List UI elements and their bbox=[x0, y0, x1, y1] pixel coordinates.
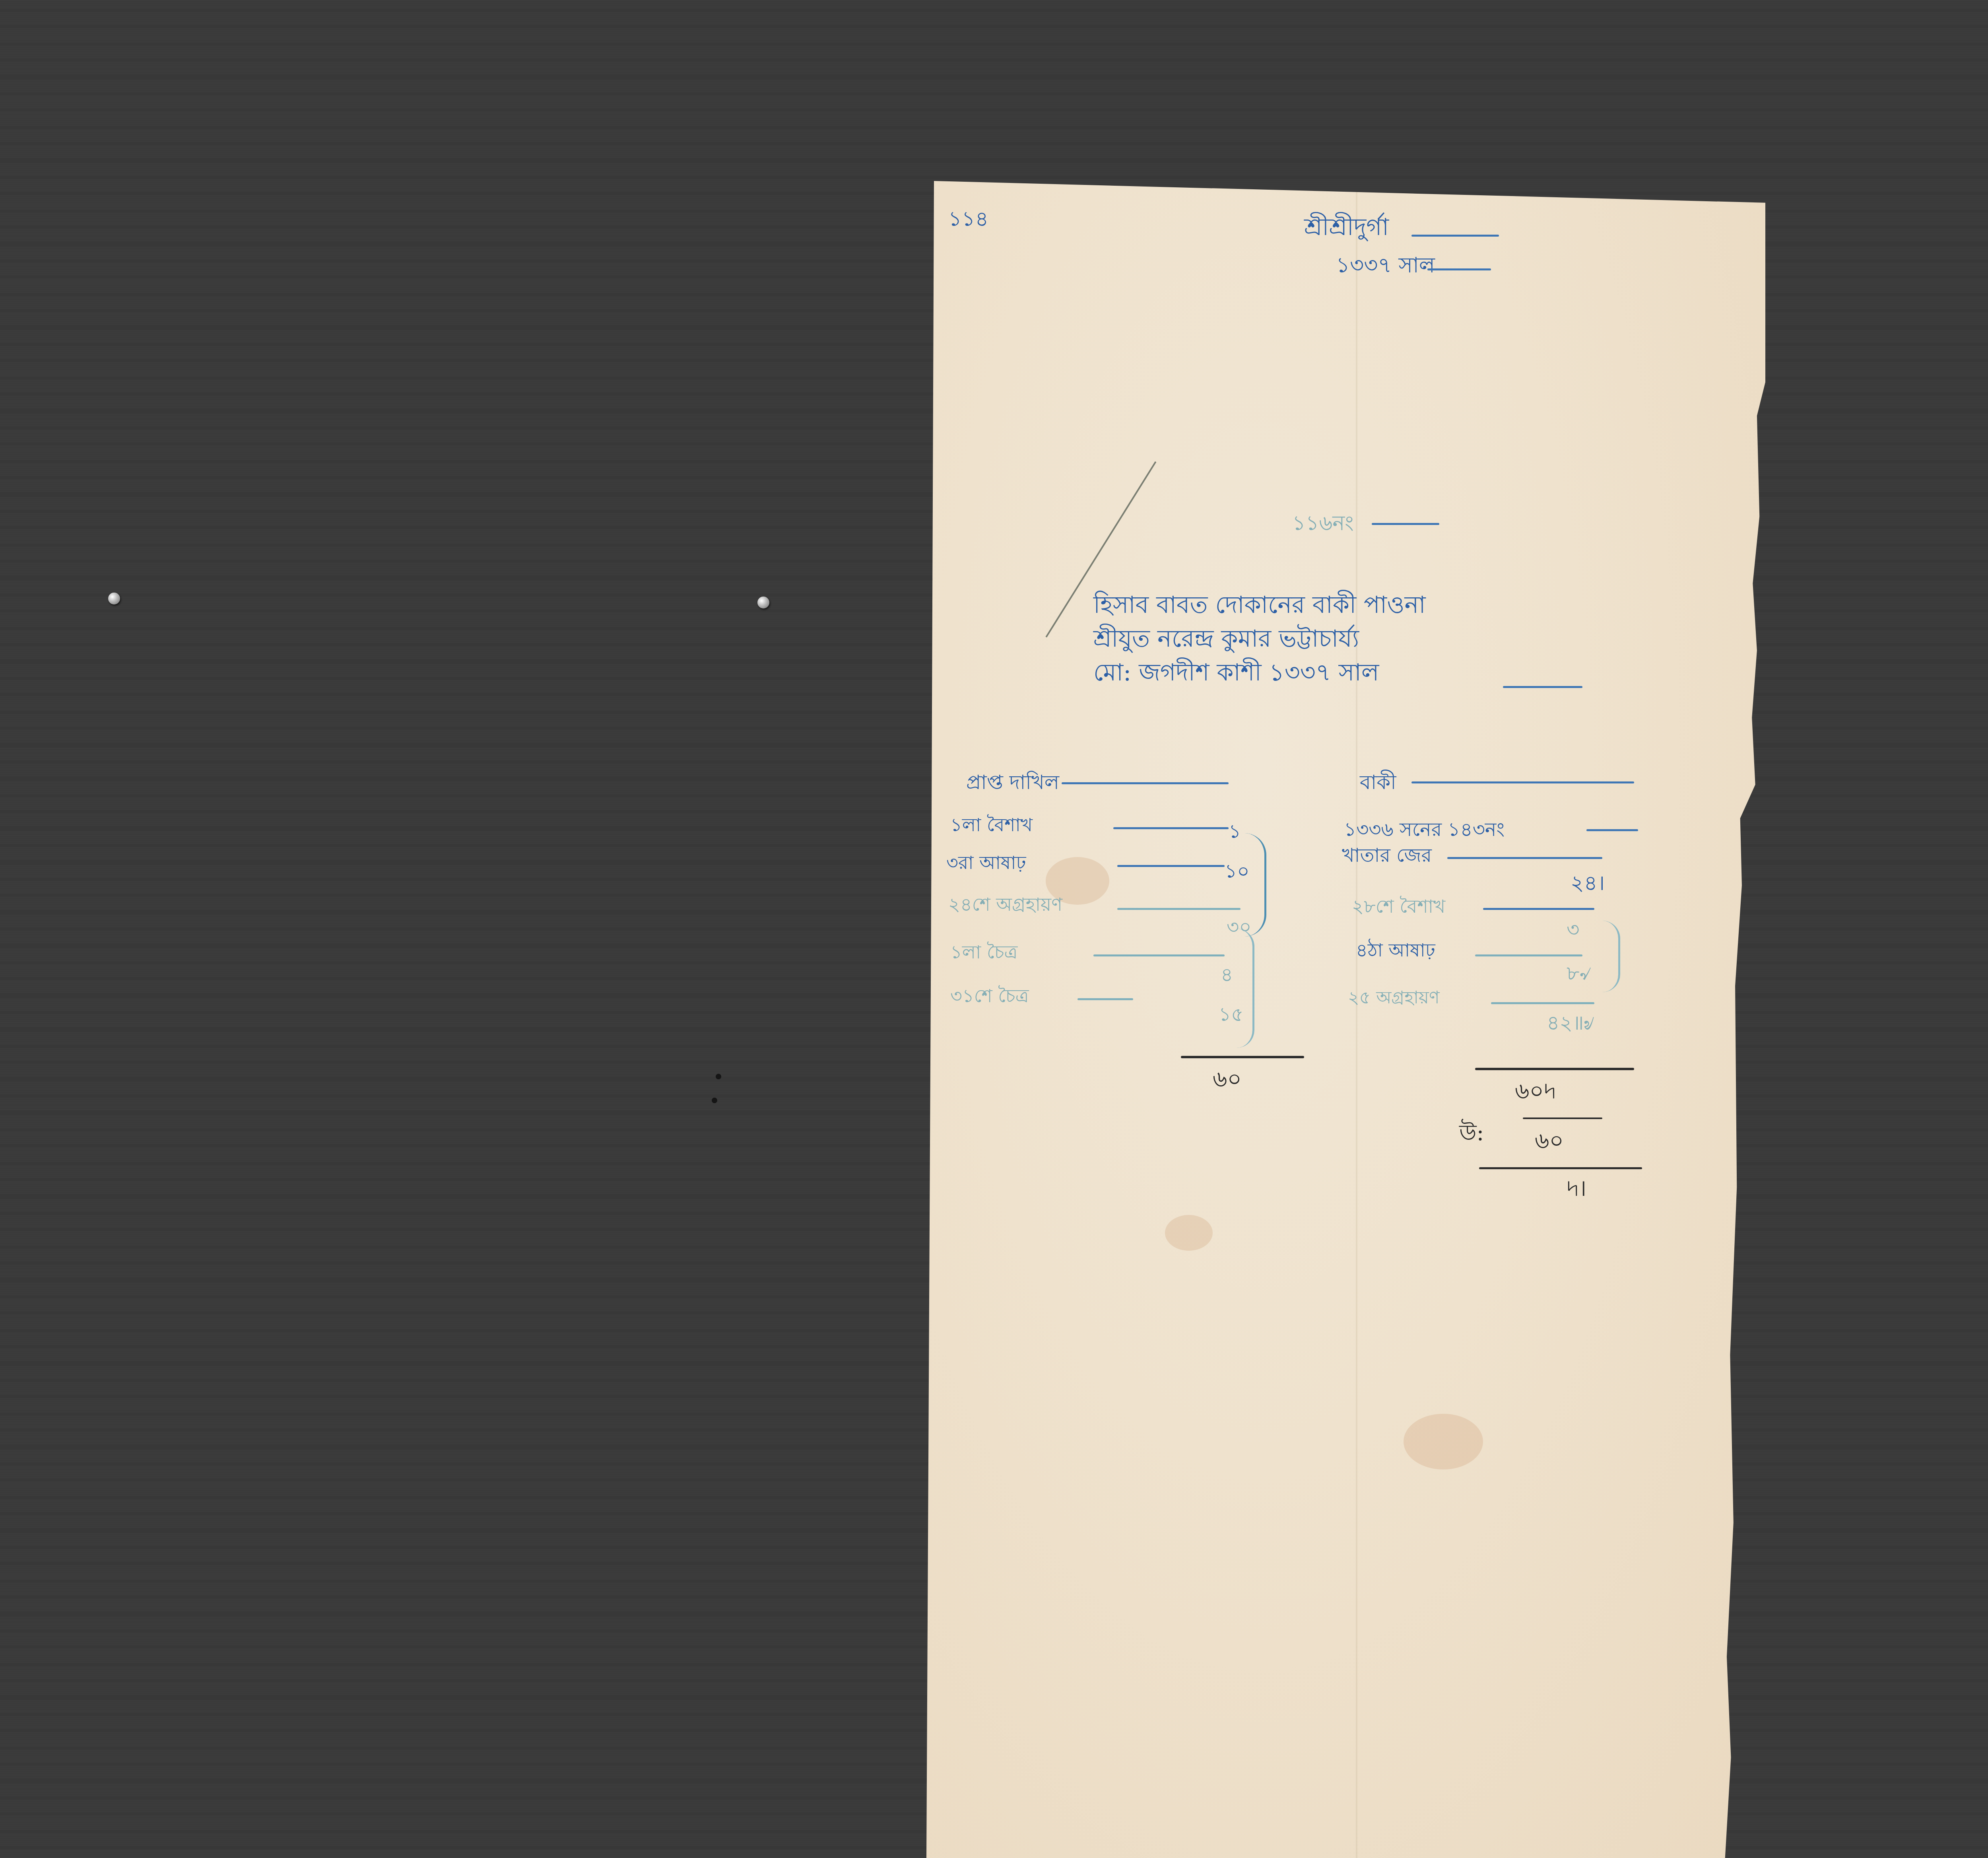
entry-leader bbox=[1483, 908, 1594, 910]
received-bracket bbox=[1244, 833, 1266, 937]
account-slip: ১১৪ শ্রীশ্রীদুর্গা ১৩৩৭ সাল ১১৬নং হিসাব … bbox=[926, 181, 1765, 1858]
due-date-4: ৪ঠা আষাঢ় bbox=[1356, 937, 1435, 967]
foxing-stain bbox=[1165, 1215, 1213, 1251]
entry-leader bbox=[1093, 954, 1225, 956]
pin-hole bbox=[716, 1074, 721, 1079]
received-bracket bbox=[1237, 929, 1254, 1048]
entry-leader bbox=[1117, 865, 1225, 867]
title-underline bbox=[1503, 686, 1582, 688]
year-header: ১৩৩৭ সাল bbox=[1336, 249, 1435, 284]
title-line-3: মো: জগদীশ কাশী ১৩৩৭ সাল bbox=[1093, 654, 1379, 694]
due-amount-3: ৩ bbox=[1567, 915, 1580, 948]
entry-leader bbox=[1447, 857, 1602, 859]
due-date-5: ২৫ অগ্রহায়ণ bbox=[1348, 984, 1440, 1013]
received-date-4: ১লা চৈত্র bbox=[950, 939, 1017, 969]
received-date-1: ১লা বৈশাখ bbox=[950, 811, 1033, 842]
mounting-pin-mid bbox=[757, 597, 769, 608]
due-total: ৬০৸ bbox=[1515, 1074, 1556, 1111]
entry-leader bbox=[1117, 908, 1241, 910]
less-rule bbox=[1523, 1118, 1602, 1119]
entry-leader bbox=[1475, 954, 1582, 956]
received-amount-1: ১ bbox=[1229, 817, 1241, 849]
received-amount-4: ৪ bbox=[1221, 960, 1233, 992]
due-heading: বাকী bbox=[1360, 768, 1396, 801]
pin-hole bbox=[712, 1098, 717, 1103]
due-amount-5: ৪২॥৶ bbox=[1547, 1008, 1594, 1041]
received-date-2: ৩রা আষাঢ় bbox=[946, 849, 1026, 879]
entry-leader bbox=[1077, 998, 1133, 1000]
entry-leader bbox=[1586, 829, 1638, 831]
received-date-5: ৩১শে চৈত্র bbox=[950, 982, 1029, 1013]
received-total-rule bbox=[1181, 1056, 1304, 1058]
paper-fold bbox=[1356, 181, 1357, 1858]
entry-leader bbox=[1491, 1002, 1594, 1004]
balance-amount: ৸। bbox=[1567, 1171, 1586, 1209]
serial-number: ১১৬নং bbox=[1292, 507, 1354, 542]
due-bracket bbox=[1602, 921, 1620, 992]
year-underline bbox=[1427, 268, 1491, 270]
serial-underline bbox=[1372, 523, 1439, 525]
received-date-3: ২৪শে অগ্রহায়ণ bbox=[948, 891, 1062, 921]
due-heading-rule bbox=[1411, 781, 1634, 783]
foxing-stain bbox=[1404, 1414, 1483, 1469]
due-date-2: খাতার জের bbox=[1342, 841, 1432, 873]
received-heading-rule bbox=[1062, 782, 1229, 784]
received-total: ৬০ bbox=[1213, 1062, 1242, 1099]
due-date-3: ২৮শে বৈশাখ bbox=[1352, 893, 1445, 923]
balance-rule bbox=[1479, 1167, 1642, 1169]
invocation-underline bbox=[1411, 235, 1499, 237]
less-label: উ: bbox=[1459, 1116, 1484, 1153]
received-heading: প্রাপ্ত দাখিল bbox=[966, 768, 1059, 801]
entry-leader bbox=[1113, 827, 1229, 829]
page-number: ১১৪ bbox=[948, 203, 988, 237]
due-total-rule bbox=[1475, 1068, 1634, 1070]
mounting-pin-left bbox=[108, 593, 120, 604]
invocation-header: শ্রীশ্রীদুর্গা bbox=[1304, 209, 1389, 249]
less-amount: ৬০ bbox=[1535, 1123, 1564, 1161]
due-amount-2: ২৪। bbox=[1571, 867, 1605, 902]
due-amount-4: ৮৵ bbox=[1567, 958, 1592, 991]
